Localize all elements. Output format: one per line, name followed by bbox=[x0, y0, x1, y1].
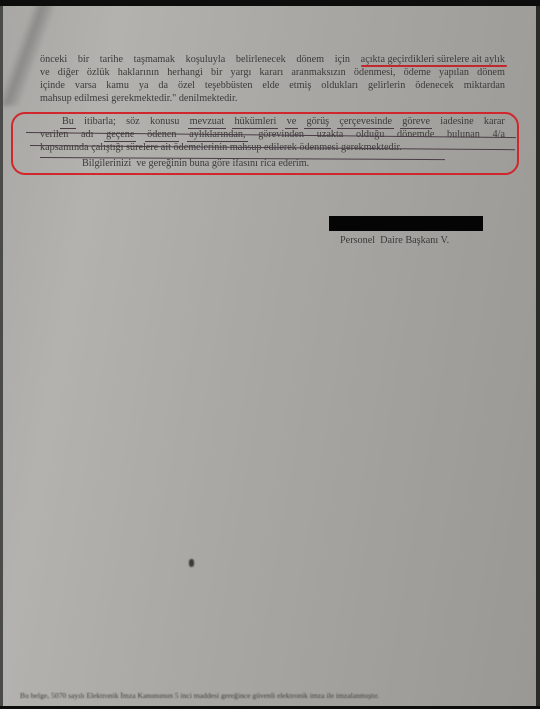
word: ve bbox=[287, 115, 297, 128]
word: dönem bbox=[477, 66, 505, 79]
word: önceki bbox=[40, 53, 67, 66]
paragraph-line: mahsup edilmesi gerekmektedir." denilmek… bbox=[40, 92, 505, 105]
word: dönemde bbox=[397, 128, 434, 141]
word: haklarının bbox=[118, 66, 159, 79]
word: çerçevesinde bbox=[339, 115, 392, 128]
paragraph-line: içinde varsa kamu ya da özel teşebbüsten… bbox=[40, 79, 505, 92]
word: için bbox=[335, 53, 350, 66]
word: olduğu bbox=[356, 128, 384, 141]
word: söz bbox=[126, 115, 140, 128]
word: geçene bbox=[106, 128, 134, 141]
word: kamu bbox=[106, 79, 129, 92]
word: adı bbox=[81, 128, 93, 141]
word: etmiş bbox=[289, 79, 311, 92]
word: verilen bbox=[40, 128, 68, 141]
word: mevzuat bbox=[190, 115, 225, 128]
word: da bbox=[158, 79, 168, 92]
paragraph-line: önceki bir tarihe taşmamak koşuluyla bel… bbox=[40, 53, 505, 66]
photo-left-edge bbox=[0, 6, 3, 706]
word: koşuluyla bbox=[186, 53, 226, 66]
word: elde bbox=[262, 79, 279, 92]
closing-sentence: Bilgilerinizi ve gereğinin buna göre ifa… bbox=[82, 158, 309, 169]
word: diğer bbox=[58, 66, 79, 79]
word: miktardan bbox=[464, 79, 505, 92]
document-photo: önceki bir tarihe taşmamak koşuluyla bel… bbox=[0, 6, 540, 706]
word: hükümleri bbox=[234, 115, 276, 128]
paragraph-line: ve diğer özlük haklarının herhangi bir y… bbox=[40, 66, 505, 79]
word: aranmaksızın bbox=[291, 66, 345, 79]
word: kararı bbox=[259, 66, 283, 79]
word: bulunan bbox=[447, 128, 480, 141]
word: bir bbox=[211, 66, 222, 79]
paragraph-line: Bu itibarla; söz konusu mevzuat hükümler… bbox=[40, 115, 505, 128]
redacted-signature-name bbox=[329, 216, 483, 231]
word: teşebbüsten bbox=[205, 79, 253, 92]
word: varsa bbox=[75, 79, 97, 92]
word: tarihe bbox=[100, 53, 123, 66]
word: Bu bbox=[62, 115, 74, 128]
word: ve bbox=[40, 66, 50, 79]
word: oldukları bbox=[321, 79, 358, 92]
word: görüş bbox=[306, 115, 329, 128]
paper-speck bbox=[189, 559, 194, 567]
word: gelirlerin bbox=[368, 79, 405, 92]
word: bir bbox=[78, 53, 89, 66]
word: iadesine bbox=[440, 115, 473, 128]
word: içinde bbox=[40, 79, 65, 92]
word: 4/a bbox=[493, 128, 505, 141]
word: ödeme bbox=[404, 66, 431, 79]
word: konusu bbox=[150, 115, 179, 128]
word: karar bbox=[484, 115, 505, 128]
word: özel bbox=[178, 79, 195, 92]
word: özlük bbox=[87, 66, 110, 79]
word: dönem bbox=[296, 53, 324, 66]
e-signature-footer: Bu belge, 5070 sayılı Elektronik İmza Ka… bbox=[20, 691, 379, 700]
word: taşmamak bbox=[134, 53, 175, 66]
signature-title: Personel Daire Başkanı V. bbox=[340, 235, 449, 246]
word: ödenecek bbox=[415, 79, 453, 92]
paragraph-quote: önceki bir tarihe taşmamak koşuluyla bel… bbox=[40, 53, 505, 105]
word: yargı bbox=[231, 66, 252, 79]
word: göreve bbox=[402, 115, 430, 128]
red-underlined-phrase: açıkta geçirdikleri sürelere ait aylık bbox=[361, 53, 505, 66]
word: belirlenecek bbox=[236, 53, 286, 66]
line-text: mahsup edilmesi gerekmektedir." denilmek… bbox=[40, 93, 237, 104]
word: yapılan bbox=[439, 66, 469, 79]
word: itibarla; bbox=[84, 115, 116, 128]
photo-right-edge bbox=[536, 6, 540, 706]
word: herhangi bbox=[167, 66, 203, 79]
word: ödenmesi, bbox=[354, 66, 396, 79]
word: ya bbox=[139, 79, 149, 92]
